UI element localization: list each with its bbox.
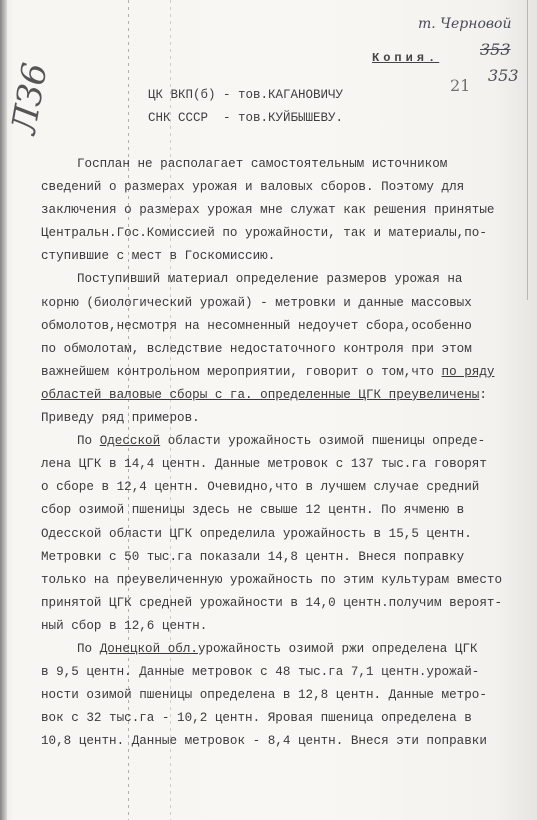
- text-line: По Донецкой обл.урожайность озимой ржи о…: [41, 638, 521, 661]
- text-line: Центральн.Гос.Комиссией по урожайности, …: [41, 222, 521, 245]
- text-line: о сборе в 12,4 центн. Очевидно,что в луч…: [41, 476, 521, 499]
- text-line: Госплан не располагает самостоятельным и…: [41, 153, 521, 176]
- text-line: заключения о размерах урожая мне служат …: [41, 199, 521, 222]
- document-body: Госплан не располагает самостоятельным и…: [41, 153, 521, 753]
- text-line: только на преувеличенную урожайность по …: [41, 569, 521, 592]
- text-line: сбор озимой пшеницы здесь не свыше 12 це…: [41, 499, 521, 522]
- page-right-edge: [527, 0, 528, 300]
- text-line: важнейшем контрольном мероприятии, говор…: [41, 361, 521, 384]
- handwritten-sheet-number: 353: [488, 66, 519, 85]
- text-line: принятой ЦГК средней урожайности в 14,0 …: [41, 592, 521, 615]
- scanned-page: т. Черновой 353 353 21 ЛЗ6 Копия. ЦК ВКП…: [0, 0, 537, 820]
- text-line: в 9,5 центн. Данные метровок с 48 тыс.га…: [41, 661, 521, 684]
- text-line: вок с 32 тыс.га - 10,2 центн. Яровая пше…: [41, 707, 521, 730]
- addressee-line: СНК СССР - тов.КУЙБЫШЕВУ.: [148, 111, 343, 125]
- text-line: сведений о размерах урожая и валовых сбо…: [41, 176, 521, 199]
- text-line: ный сбор в 12,6 центн.: [41, 615, 521, 638]
- handwritten-note: т. Черновой: [418, 16, 512, 32]
- text-line: Поступивший материал определение размеро…: [41, 268, 521, 291]
- text-line: По Одесской области урожайность озимой п…: [41, 430, 521, 453]
- underlined-text: Одесской: [100, 434, 160, 448]
- addressee-line: ЦК ВКП(б) - тов.КАГАНОВИЧУ: [148, 88, 343, 102]
- underlined-text: по ряду: [442, 365, 495, 379]
- text-line: ности озимой пшеницы определена в 12,8 ц…: [41, 684, 521, 707]
- text-line: обмолотов,несмотря на несомненный недоуч…: [41, 315, 521, 338]
- text-line: по обмолотам, вследствие недостаточного …: [41, 338, 521, 361]
- handwritten-margin-number: 21: [450, 76, 470, 95]
- text-line: 10,8 центн. Данные метровок - 8,4 центн.…: [41, 730, 521, 753]
- text-line: Приведу ряд примеров.: [41, 407, 521, 430]
- text-line: областей валовые сборы с га. определенны…: [41, 384, 521, 407]
- text-line: лена ЦГК в 14,4 центн. Данные метровок с…: [41, 453, 521, 476]
- text-line: Метровки с 50 тыс.га показали 14,8 центн…: [41, 546, 521, 569]
- handwritten-sheet-number-struck: 353: [480, 40, 511, 59]
- text-line: корню (биологический урожай) - метровки …: [41, 292, 521, 315]
- handwritten-margin-scribble: ЛЗ6: [4, 60, 56, 137]
- underlined-text: Донецкой обл.: [100, 642, 198, 656]
- document-title: Копия.: [372, 51, 439, 65]
- underlined-text: областей валовые сборы с га. определенны…: [41, 388, 479, 402]
- text-line: ступившие с мест в Госкомиссию.: [41, 245, 521, 268]
- text-line: Одесской области ЦГК определила урожайно…: [41, 523, 521, 546]
